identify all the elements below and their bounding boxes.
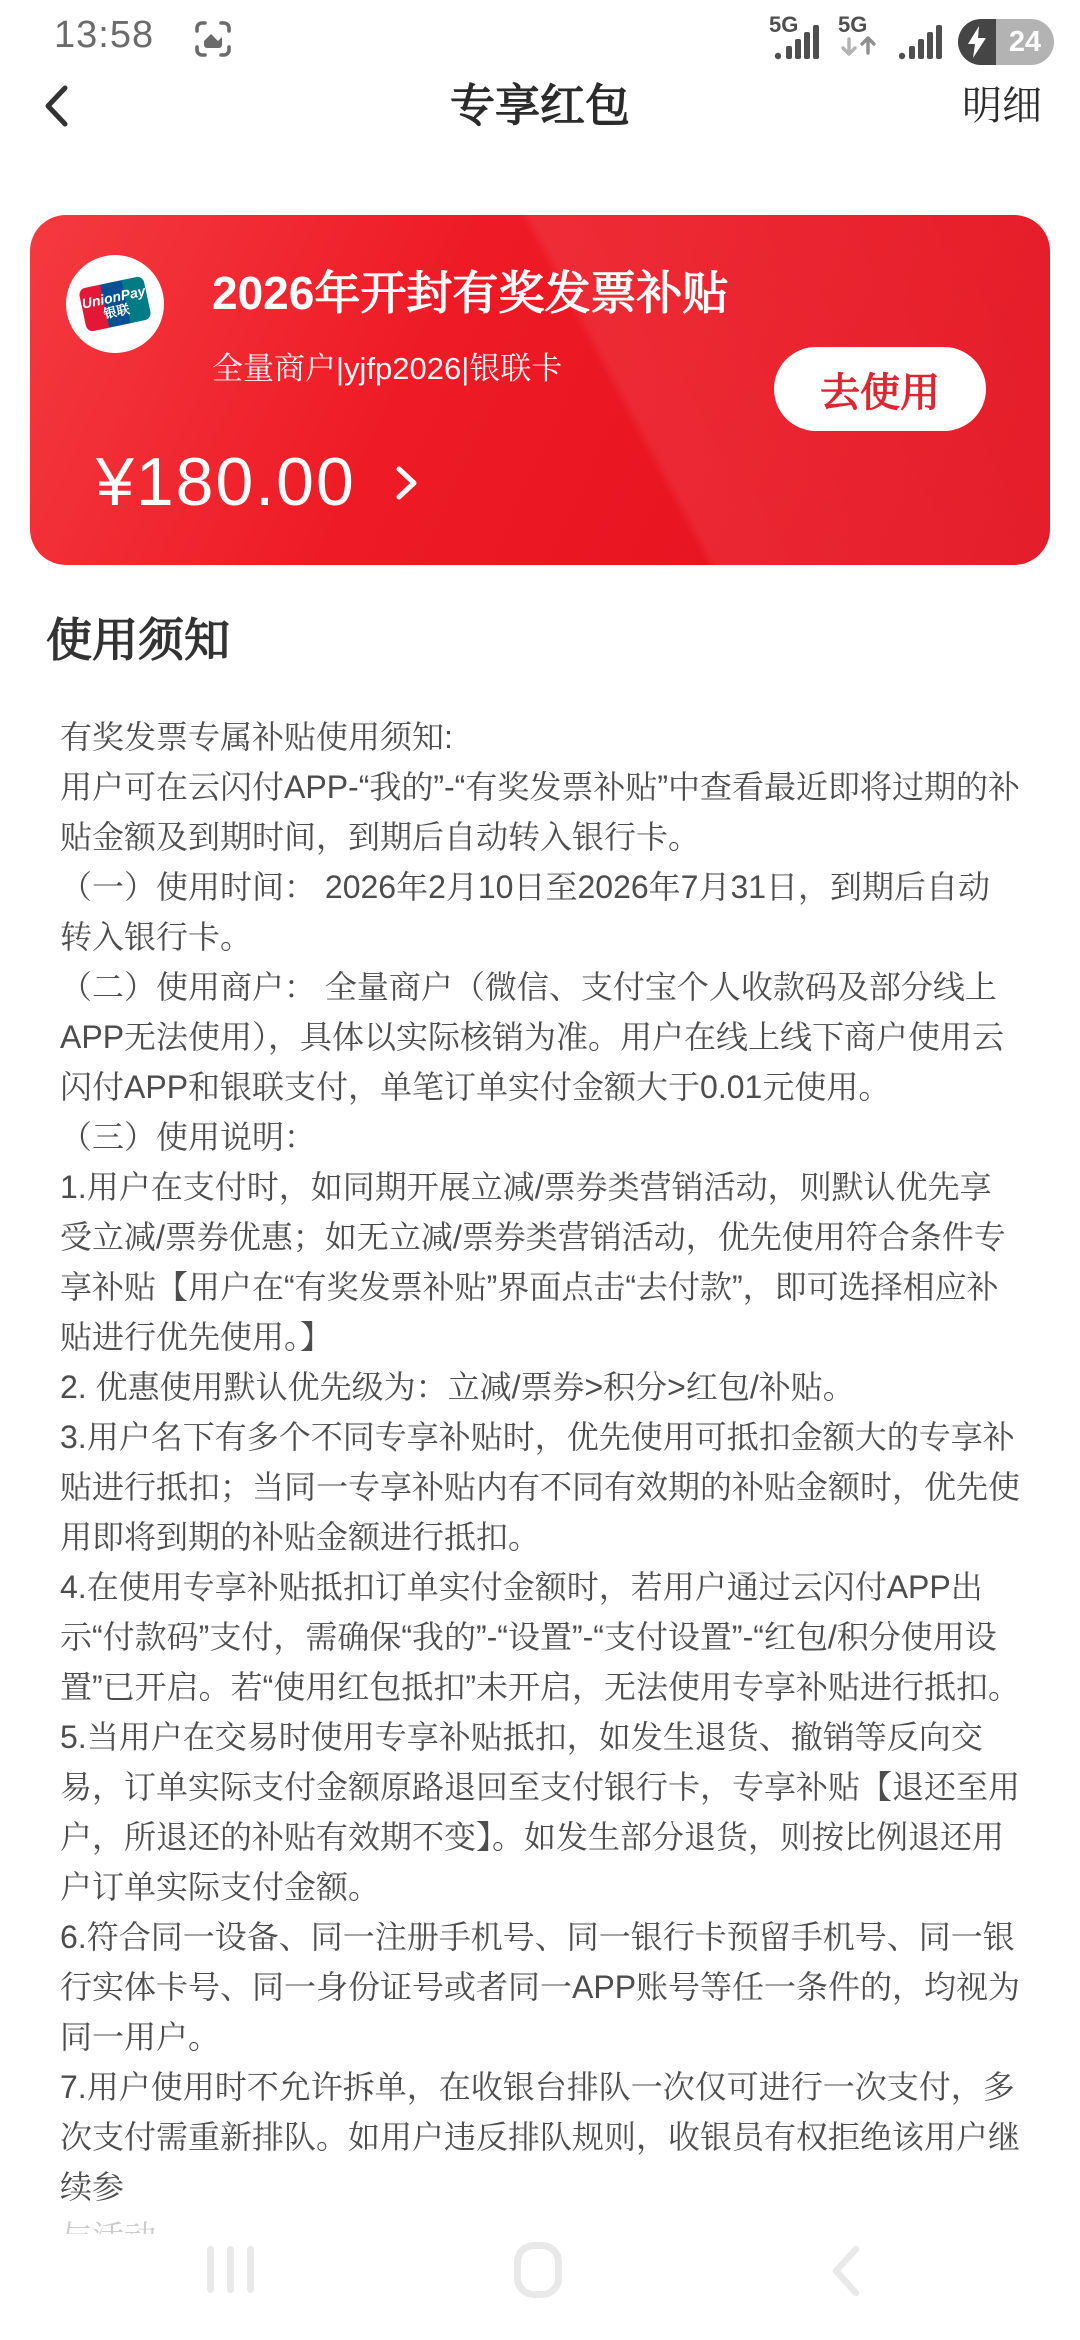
notice-paragraph: 1.用户在支付时，如同期开展立减/票券类营销活动，则默认优先享受立减/票券优惠；… bbox=[60, 1162, 1022, 1362]
notice-paragraph: 用户可在云闪付APP-“我的”-“有奖发票补贴”中查看最近即将过期的补贴金额及到… bbox=[60, 762, 1022, 862]
notice-body: 有奖发票专属补贴使用须知: 用户可在云闪付APP-“我的”-“有奖发票补贴”中查… bbox=[60, 712, 1022, 2234]
coupon-amount: ¥180.00 bbox=[96, 443, 356, 521]
use-button[interactable]: 去使用 bbox=[774, 347, 986, 431]
header: 专享红包 明细 bbox=[0, 58, 1080, 154]
amount-chevron-icon bbox=[392, 460, 420, 511]
notice-paragraph: 5.当用户在交易时使用专享补贴抵扣，如发生退货、撤销等反向交易，订单实际支付金额… bbox=[60, 1712, 1022, 1912]
unionpay-card-icon: UnionPay 银联 bbox=[78, 276, 152, 333]
unionpay-logo: UnionPay 银联 bbox=[66, 255, 164, 353]
detail-link[interactable]: 明细 bbox=[962, 58, 1042, 154]
status-bar: 13:58 5G 5G bbox=[0, 0, 1080, 62]
recents-bar bbox=[227, 2246, 234, 2293]
svg-text:5G: 5G bbox=[769, 12, 798, 37]
recents-bar bbox=[207, 2246, 214, 2293]
nav-recents-button[interactable] bbox=[207, 2246, 254, 2293]
nav-back-button[interactable] bbox=[826, 2244, 862, 2303]
notice-paragraph: （三）使用说明： bbox=[60, 1112, 1022, 1162]
status-time: 13:58 bbox=[54, 14, 154, 57]
notice-paragraph: 4.在使用专享补贴抵扣订单实付金额时，若用户通过云闪付APP出示“付款码”支付，… bbox=[60, 1562, 1022, 1712]
notice-paragraph: （一）使用时间： 2026年2月10日至2026年7月31日，到期后自动转入银行… bbox=[60, 862, 1022, 962]
coupon-card[interactable]: UnionPay 银联 2026年开封有奖发票补贴 全量商户|yjfp2026|… bbox=[30, 215, 1050, 565]
card-info: 2026年开封有奖发票补贴 全量商户|yjfp2026|银联卡 bbox=[212, 255, 728, 388]
coupon-subtitle: 全量商户|yjfp2026|银联卡 bbox=[212, 343, 728, 388]
notice-paragraph: 2. 优惠使用默认优先级为：立减/票券>积分>红包/补贴。 bbox=[60, 1362, 1022, 1412]
notice-paragraph: 6.符合同一设备、同一注册手机号、同一银行卡预留手机号、同一银行实体卡号、同一身… bbox=[60, 1912, 1022, 2062]
amount-row[interactable]: ¥180.00 bbox=[96, 443, 420, 521]
nav-back-chevron-icon bbox=[826, 2244, 862, 2298]
unionpay-logo-cn: 银联 bbox=[102, 302, 130, 321]
notice-heading: 使用须知 bbox=[46, 604, 230, 670]
card-top: UnionPay 银联 2026年开封有奖发票补贴 全量商户|yjfp2026|… bbox=[66, 255, 728, 388]
notice-paragraph: （二）使用商户： 全量商户（微信、支付宝个人收款码及部分线上APP无法使用），具… bbox=[60, 962, 1022, 1112]
notice-paragraph: 有奖发票专属补贴使用须知: bbox=[60, 712, 1022, 762]
coupon-title: 2026年开封有奖发票补贴 bbox=[212, 257, 728, 323]
notice-paragraph-clipped: 与活动。 bbox=[60, 2212, 1022, 2234]
svg-text:5G: 5G bbox=[838, 12, 867, 37]
recents-bar bbox=[247, 2246, 254, 2293]
nav-home-button[interactable] bbox=[514, 2242, 562, 2298]
app-screen: 13:58 5G 5G bbox=[0, 0, 1080, 2340]
page-title: 专享红包 bbox=[0, 58, 1080, 154]
notice-paragraph: 7.用户使用时不允许拆单，在收银台排队一次仅可进行一次支付，多次支付需重新排队。… bbox=[60, 2062, 1022, 2212]
notice-paragraph: 3.用户名下有多个不同专享补贴时，优先使用可抵扣金额大的专享补贴进行抵扣；当同一… bbox=[60, 1412, 1022, 1562]
